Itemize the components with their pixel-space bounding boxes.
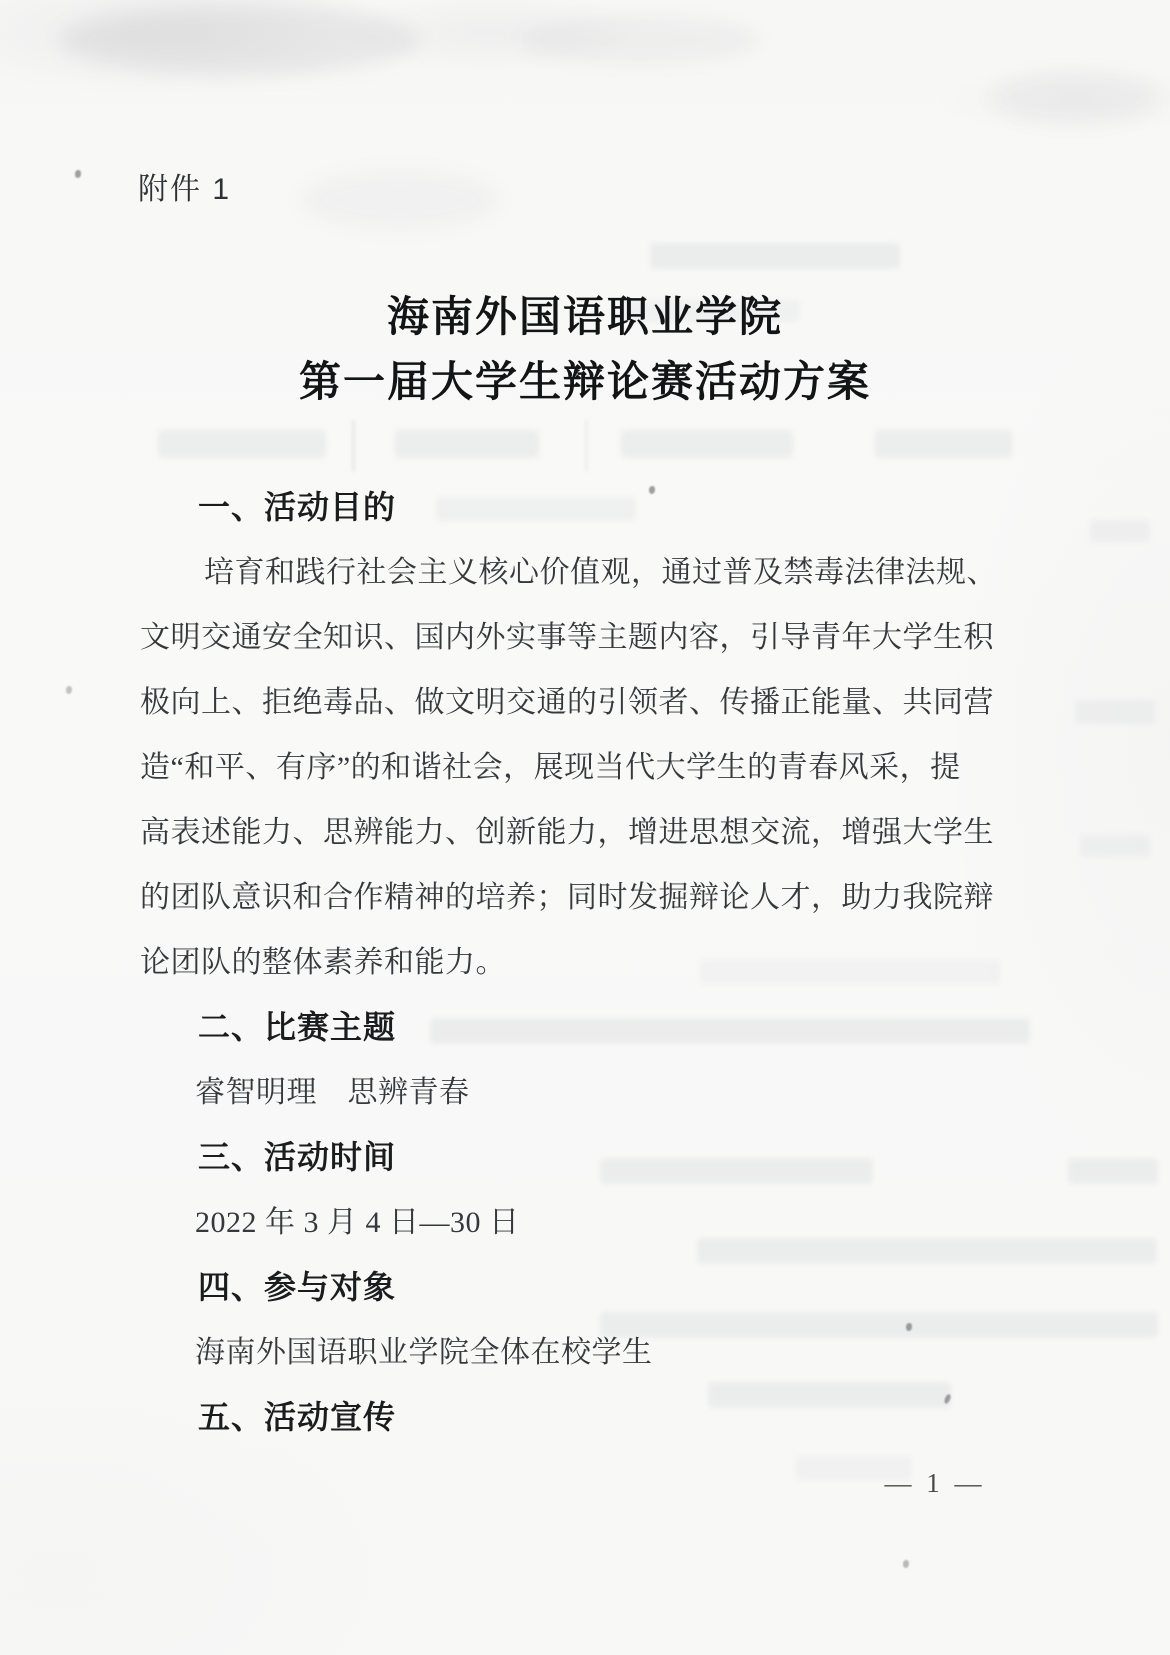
paragraph-line: 的团队意识和合作精神的培养；同时发掘辩论人才，助力我院辩	[140, 865, 996, 930]
paragraph-line: 培育和践行社会主义核心价值观，通过普及禁毒法律法规、	[140, 540, 996, 605]
section-4-heading: 四、参与对象	[140, 1255, 996, 1320]
bleedthrough-table-cell	[875, 430, 1012, 458]
scan-smudge	[990, 70, 1160, 125]
ink-speck	[75, 170, 81, 178]
paragraph-line: 高表述能力、思辨能力、创新能力，增进思想交流，增强大学生	[140, 800, 996, 865]
bleedthrough-mark	[1080, 835, 1150, 857]
section-3-heading: 三、活动时间	[140, 1125, 996, 1190]
activity-date-text: 2022 年 3 月 4 日—30 日	[140, 1190, 996, 1255]
scanned-document-page: 附件 1 海南外国语职业学院 第一届大学生辩论赛活动方案 一、活动目的 培育和践…	[0, 0, 1170, 1655]
ink-speck	[903, 1560, 909, 1568]
ink-speck	[66, 686, 72, 694]
section-2-heading: 二、比赛主题	[140, 995, 996, 1060]
bleedthrough-mark	[1068, 1158, 1158, 1184]
section-1-heading: 一、活动目的	[140, 475, 996, 540]
scan-smudge	[520, 15, 760, 65]
section-5-heading: 五、活动宣传	[140, 1385, 996, 1450]
bleedthrough-table-cell	[158, 430, 326, 458]
bleedthrough-table-divider	[352, 420, 355, 472]
participants-text: 海南外国语职业学院全体在校学生	[140, 1320, 996, 1385]
bleedthrough-table-cell	[395, 430, 539, 458]
bleedthrough-table-divider	[585, 420, 588, 472]
paragraph-line: 极向上、拒绝毒品、做文明交通的引领者、传播正能量、共同营	[140, 670, 996, 735]
scan-smudge	[300, 170, 500, 230]
bleedthrough-table-cell	[621, 430, 793, 458]
title-line-1: 海南外国语职业学院	[0, 284, 1170, 349]
document-title: 海南外国语职业学院 第一届大学生辩论赛活动方案	[0, 284, 1170, 414]
paragraph-line: 文明交通安全知识、国内外实事等主题内容，引导青年大学生积	[140, 605, 996, 670]
page-number: — 1 —	[850, 1468, 1020, 1499]
attachment-label: 附件 1	[138, 164, 231, 208]
title-line-2: 第一届大学生辩论赛活动方案	[0, 349, 1170, 414]
competition-theme-text: 睿智明理 思辨青春	[140, 1060, 996, 1125]
bleedthrough-mark	[1075, 700, 1155, 724]
document-body: 一、活动目的 培育和践行社会主义核心价值观，通过普及禁毒法律法规、 文明交通安全…	[140, 475, 996, 1450]
bleedthrough-mark	[1090, 520, 1150, 542]
paragraph-line: 论团队的整体素养和能力。	[140, 930, 996, 995]
paragraph-line: 造“和平、有序”的和谐社会，展现当代大学生的青春风采，提	[140, 735, 996, 800]
scan-smudge	[60, 5, 420, 75]
bleedthrough-mark	[650, 243, 900, 269]
